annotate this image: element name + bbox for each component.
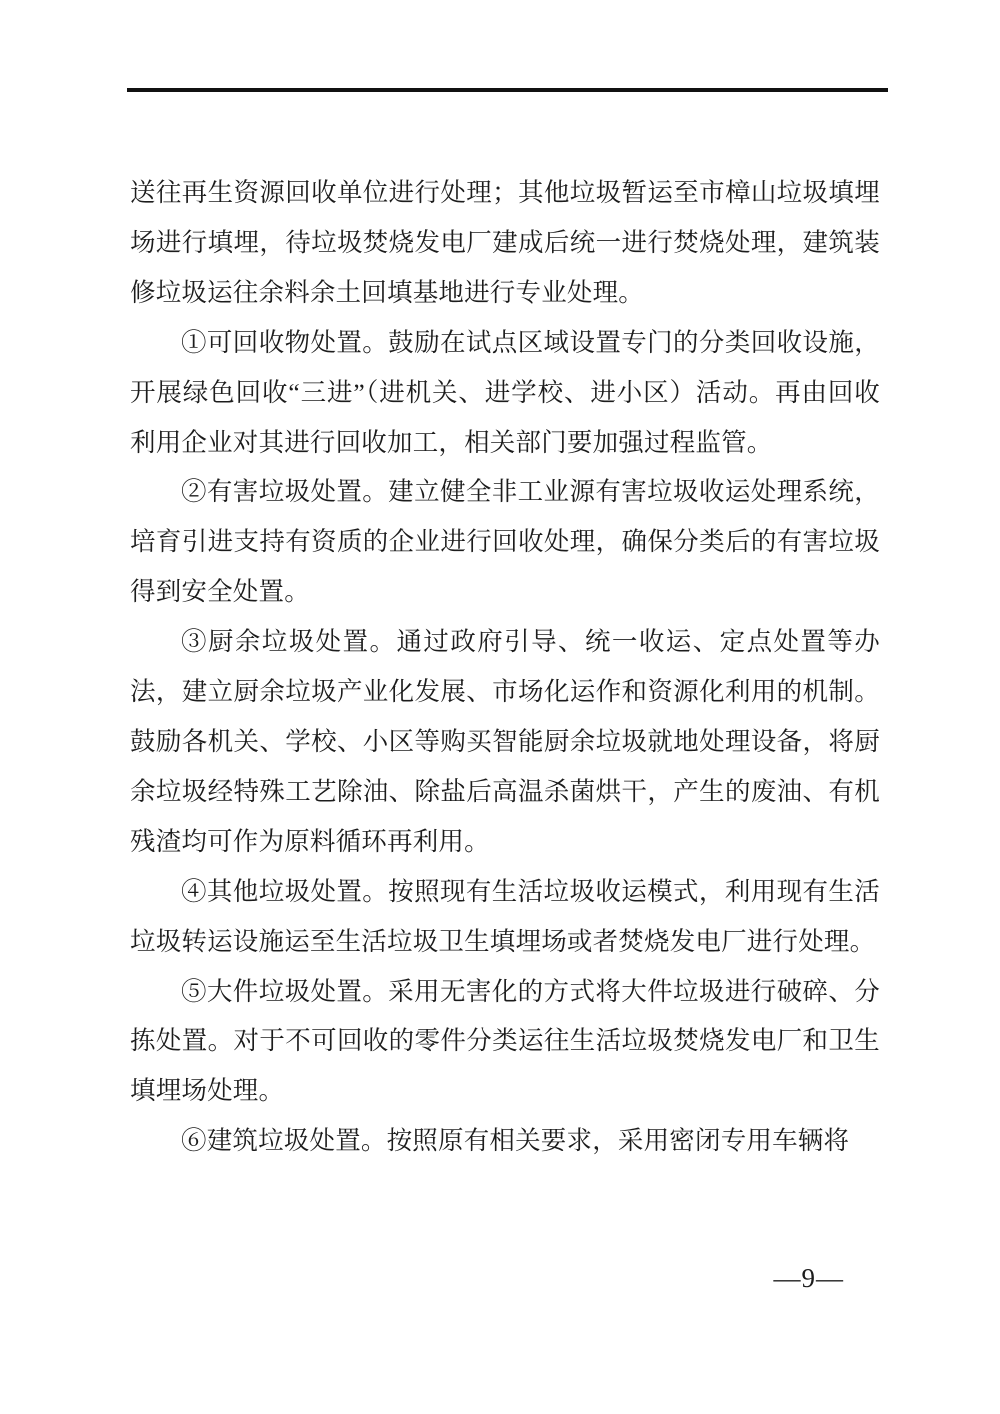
paragraph-recyclable-disposal: ①可回收物处置。鼓励在试点区域设置专门的分类回收设施，开展绿色回收“三进”（进机… xyxy=(130,318,880,468)
paragraph-hazardous-waste-disposal: ②有害垃圾处置。建立健全非工业源有害垃圾收运处理系统，培育引进支持有资质的企业进… xyxy=(130,467,880,617)
document-page: 送往再生资源回收单位进行处理；其他垃圾暂运至市樟山垃圾填埋场进行填埋，待垃圾焚烧… xyxy=(0,0,1000,1414)
header-divider-line xyxy=(127,88,888,92)
page-number: —9— xyxy=(774,1263,845,1294)
paragraph-continued-intro: 送往再生资源回收单位进行处理；其他垃圾暂运至市樟山垃圾填埋场进行填埋，待垃圾焚烧… xyxy=(130,168,880,318)
paragraph-other-waste-disposal: ④其他垃圾处置。按照现有生活垃圾收运模式，利用现有生活垃圾转运设施运至生活垃圾卫… xyxy=(130,867,880,967)
document-body: 送往再生资源回收单位进行处理；其他垃圾暂运至市樟山垃圾填埋场进行填埋，待垃圾焚烧… xyxy=(130,168,880,1166)
paragraph-kitchen-waste-disposal: ③厨余垃圾处置。通过政府引导、统一收运、定点处置等办法，建立厨余垃圾产业化发展、… xyxy=(130,617,880,867)
paragraph-bulky-waste-disposal: ⑤大件垃圾处置。采用无害化的方式将大件垃圾进行破碎、分拣处置。对于不可回收的零件… xyxy=(130,967,880,1117)
paragraph-construction-waste-disposal: ⑥建筑垃圾处置。按照原有相关要求，采用密闭专用车辆将 xyxy=(130,1116,880,1166)
